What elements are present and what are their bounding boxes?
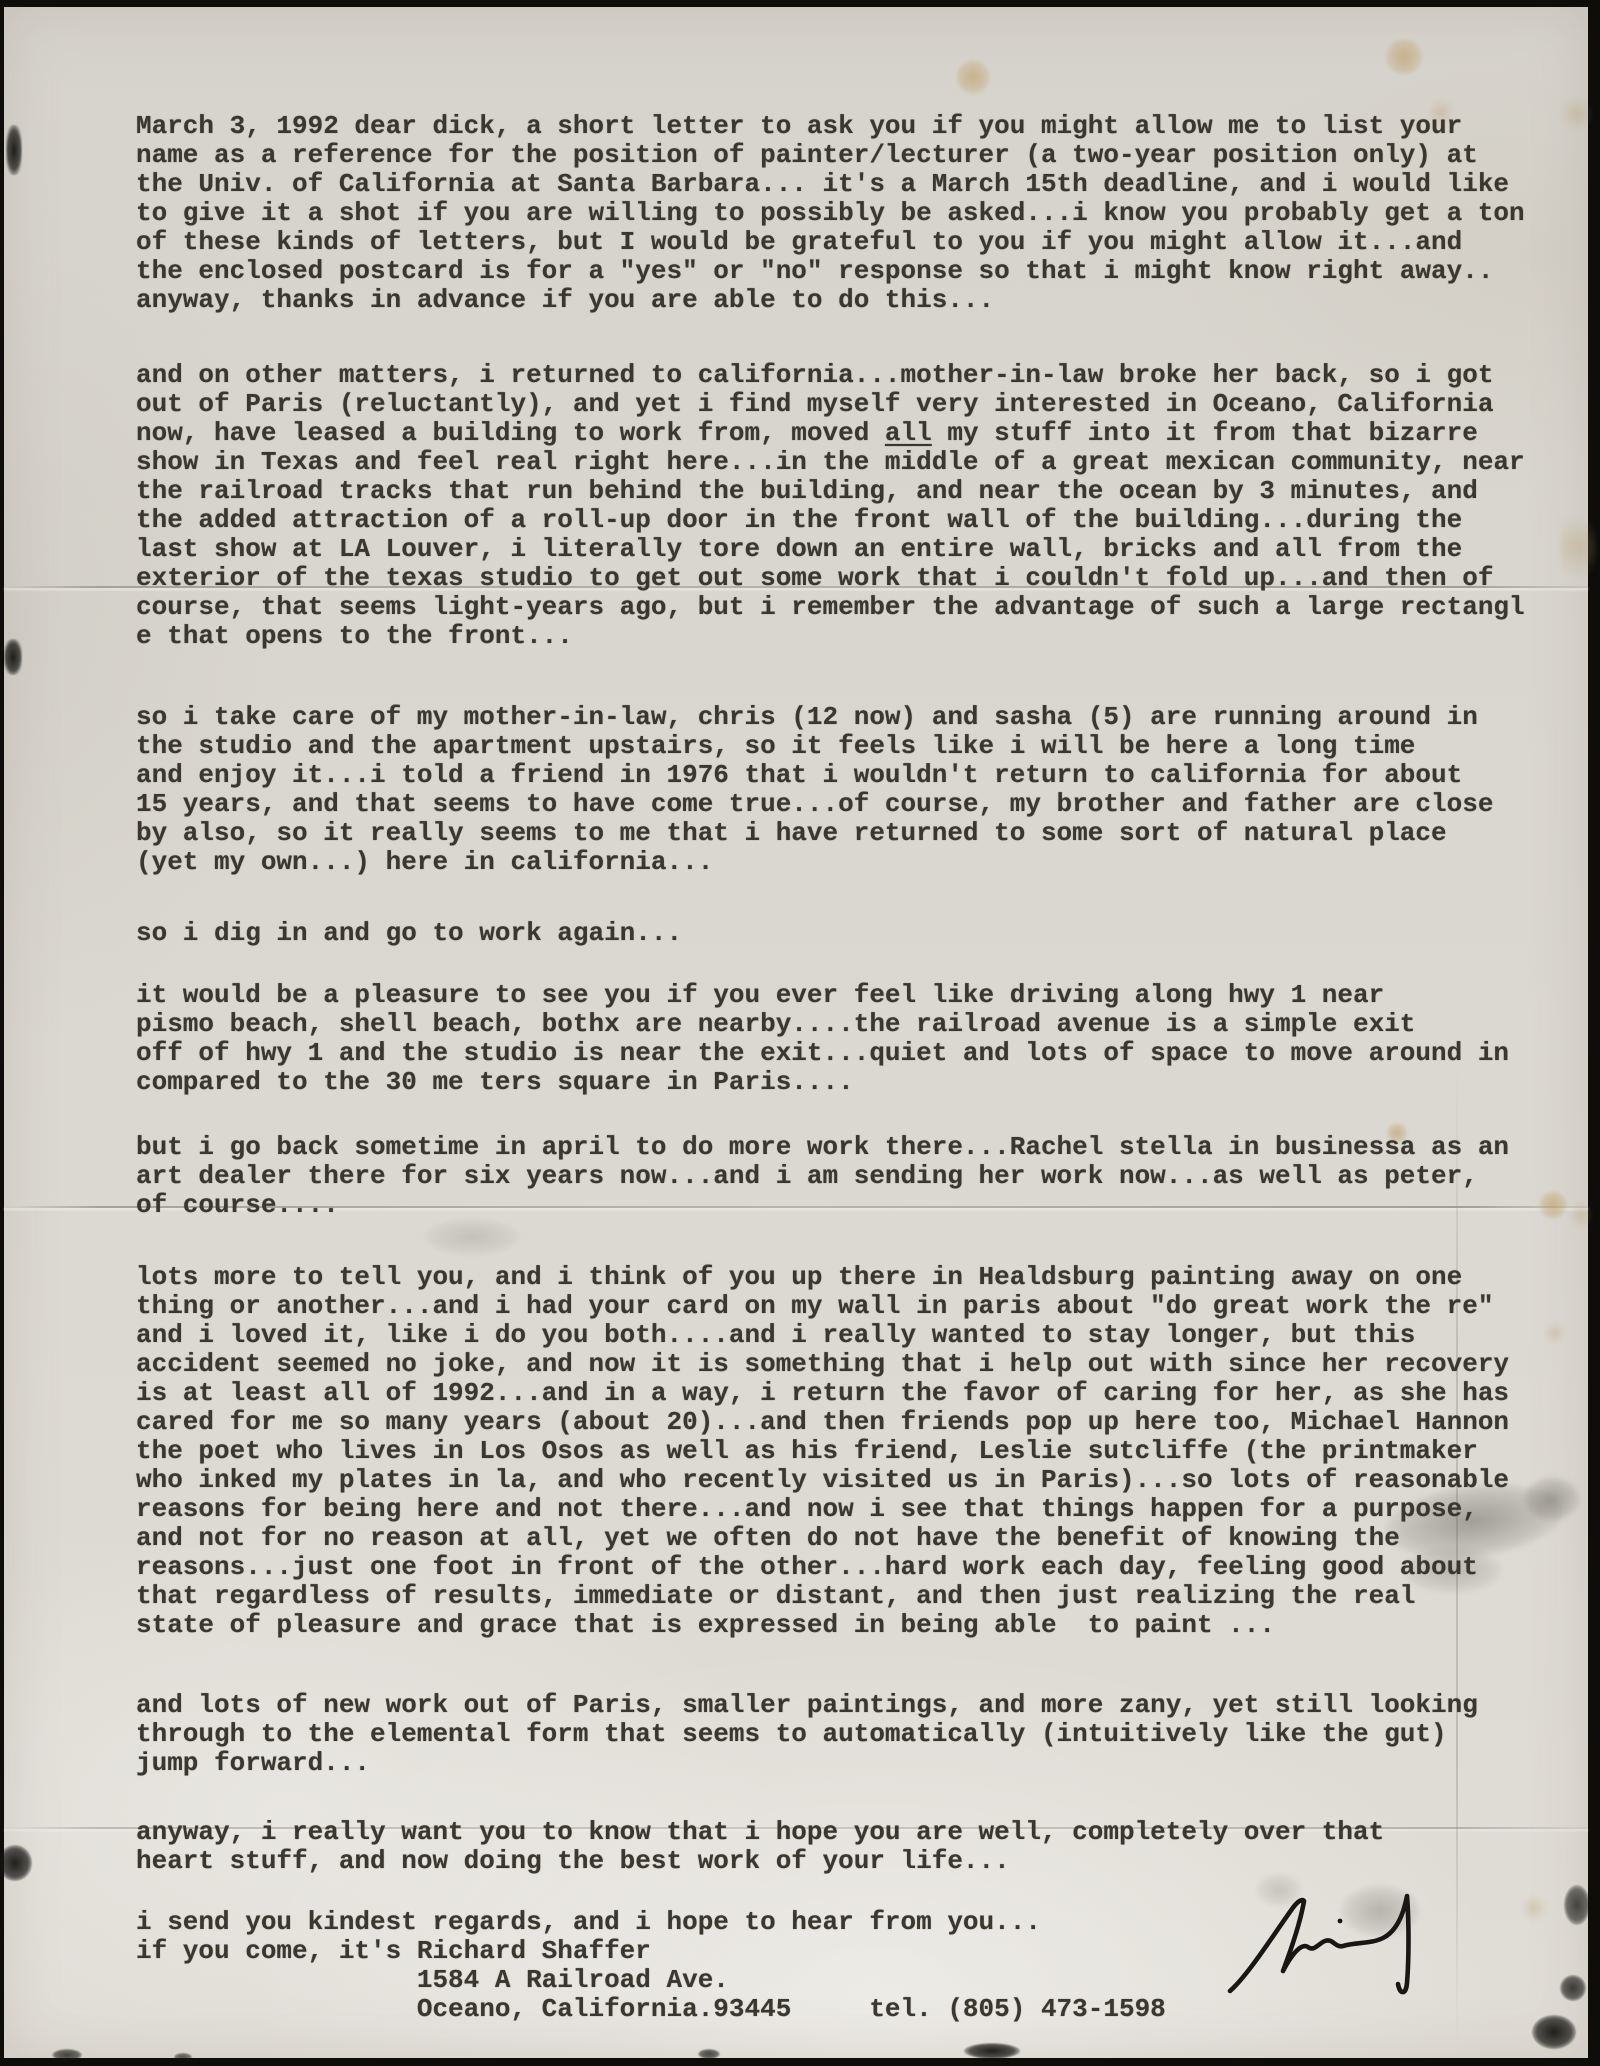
letter-line: through to the elemental form that seems… xyxy=(136,1720,1588,1749)
letter-line: the studio and the apartment upstairs, s… xyxy=(136,732,1588,761)
paragraph: it would be a pleasure to see you if you… xyxy=(136,981,1588,1097)
letter-text: March 3, 1992 dear dick, a short letter … xyxy=(4,7,1588,2024)
letter-line: cared for me so many years (about 20)...… xyxy=(136,1408,1588,1437)
letter-line: March 3, 1992 dear dick, a short letter … xyxy=(136,112,1588,141)
letter-line: and lots of new work out of Paris, small… xyxy=(136,1691,1588,1720)
letter-line: and not for no reason at all, yet we oft… xyxy=(136,1524,1588,1553)
letter-line: reasons for being here and not there...a… xyxy=(136,1495,1588,1524)
paragraph: and lots of new work out of Paris, small… xyxy=(136,1691,1588,1778)
letter-line: who inked my plates in la, and who recen… xyxy=(136,1466,1588,1495)
letter-line: compared to the 30 me ters square in Par… xyxy=(136,1068,1588,1097)
letter-line: is at least all of 1992...and in a way, … xyxy=(136,1379,1588,1408)
letter-line: it would be a pleasure to see you if you… xyxy=(136,981,1588,1010)
letter-line: and on other matters, i returned to cali… xyxy=(136,361,1588,390)
letter-line: to give it a shot if you are willing to … xyxy=(136,199,1588,228)
letter-line: show in Texas and feel real right here..… xyxy=(136,448,1588,477)
letter-page: March 3, 1992 dear dick, a short letter … xyxy=(4,7,1588,2058)
edge-blot xyxy=(52,2049,82,2061)
letter-line: thing or another...and i had your card o… xyxy=(136,1292,1588,1321)
letter-line: the Univ. of California at Santa Barbara… xyxy=(136,170,1588,199)
letter-line: out of Paris (reluctantly), and yet i fi… xyxy=(136,390,1588,419)
paragraph: lots more to tell you, and i think of yo… xyxy=(136,1263,1588,1640)
letter-line: and enjoy it...i told a friend in 1976 t… xyxy=(136,761,1588,790)
signature-handwritten xyxy=(1222,1879,1446,2011)
paragraph: anyway, i really want you to know that i… xyxy=(136,1818,1588,1876)
letter-line: reasons...just one foot in front of the … xyxy=(136,1553,1588,1582)
letter-line: 15 years, and that seems to have come tr… xyxy=(136,790,1588,819)
letter-line: so i dig in and go to work again... xyxy=(136,919,1588,948)
letter-line: art dealer there for six years now...and… xyxy=(136,1162,1588,1191)
letter-line: off of hwy 1 and the studio is near the … xyxy=(136,1039,1588,1068)
letter-line: of course.... xyxy=(136,1191,1588,1220)
paragraph: so i take care of my mother-in-law, chri… xyxy=(136,703,1588,877)
letter-line: jump forward... xyxy=(136,1749,1588,1778)
letter-line: accident seemed no joke, and now it is s… xyxy=(136,1350,1588,1379)
letter-line: last show at LA Louver, i literally tore… xyxy=(136,535,1588,564)
paragraph: but i go back sometime in april to do mo… xyxy=(136,1133,1588,1220)
signature-dot xyxy=(1338,1919,1343,1924)
underlined-word: all xyxy=(885,418,932,448)
letter-line: exterior of the texas studio to get out … xyxy=(136,564,1588,593)
edge-blot xyxy=(174,2053,192,2061)
letter-line: by also, so it really seems to me that i… xyxy=(136,819,1588,848)
edge-blot xyxy=(964,2043,1020,2059)
letter-line: and i loved it, like i do you both....an… xyxy=(136,1321,1588,1350)
letter-line: so i take care of my mother-in-law, chri… xyxy=(136,703,1588,732)
letter-line: (yet my own...) here in california... xyxy=(136,848,1588,877)
paragraph: so i dig in and go to work again... xyxy=(136,919,1588,948)
letter-line: the added attraction of a roll-up door i… xyxy=(136,506,1588,535)
letter-line: e that opens to the front... xyxy=(136,622,1588,651)
letter-line: the enclosed postcard is for a "yes" or … xyxy=(136,257,1588,286)
letter-line: pismo beach, shell beach, bothx are near… xyxy=(136,1010,1588,1039)
letter-line: course, that seems light-years ago, but … xyxy=(136,593,1588,622)
edge-blot xyxy=(698,2049,720,2059)
letter-line: now, have leased a building to work from… xyxy=(136,419,1588,448)
letter-line: anyway, thanks in advance if you are abl… xyxy=(136,286,1588,315)
letter-line: the railroad tracks that run behind the … xyxy=(136,477,1588,506)
paragraph: March 3, 1992 dear dick, a short letter … xyxy=(136,112,1588,315)
letter-line: of these kinds of letters, but I would b… xyxy=(136,228,1588,257)
letter-line: that regardless of results, immediate or… xyxy=(136,1582,1588,1611)
letter-line: the poet who lives in Los Osos as well a… xyxy=(136,1437,1588,1466)
letter-line: name as a reference for the position of … xyxy=(136,141,1588,170)
paragraph: and on other matters, i returned to cali… xyxy=(136,361,1588,651)
letter-line: heart stuff, and now doing the best work… xyxy=(136,1847,1588,1876)
letter-line: but i go back sometime in april to do mo… xyxy=(136,1133,1588,1162)
scanned-letter: March 3, 1992 dear dick, a short letter … xyxy=(0,0,1600,2066)
letter-line: lots more to tell you, and i think of yo… xyxy=(136,1263,1588,1292)
letter-line: anyway, i really want you to know that i… xyxy=(136,1818,1588,1847)
letter-line: state of pleasure and grace that is expr… xyxy=(136,1611,1588,1640)
